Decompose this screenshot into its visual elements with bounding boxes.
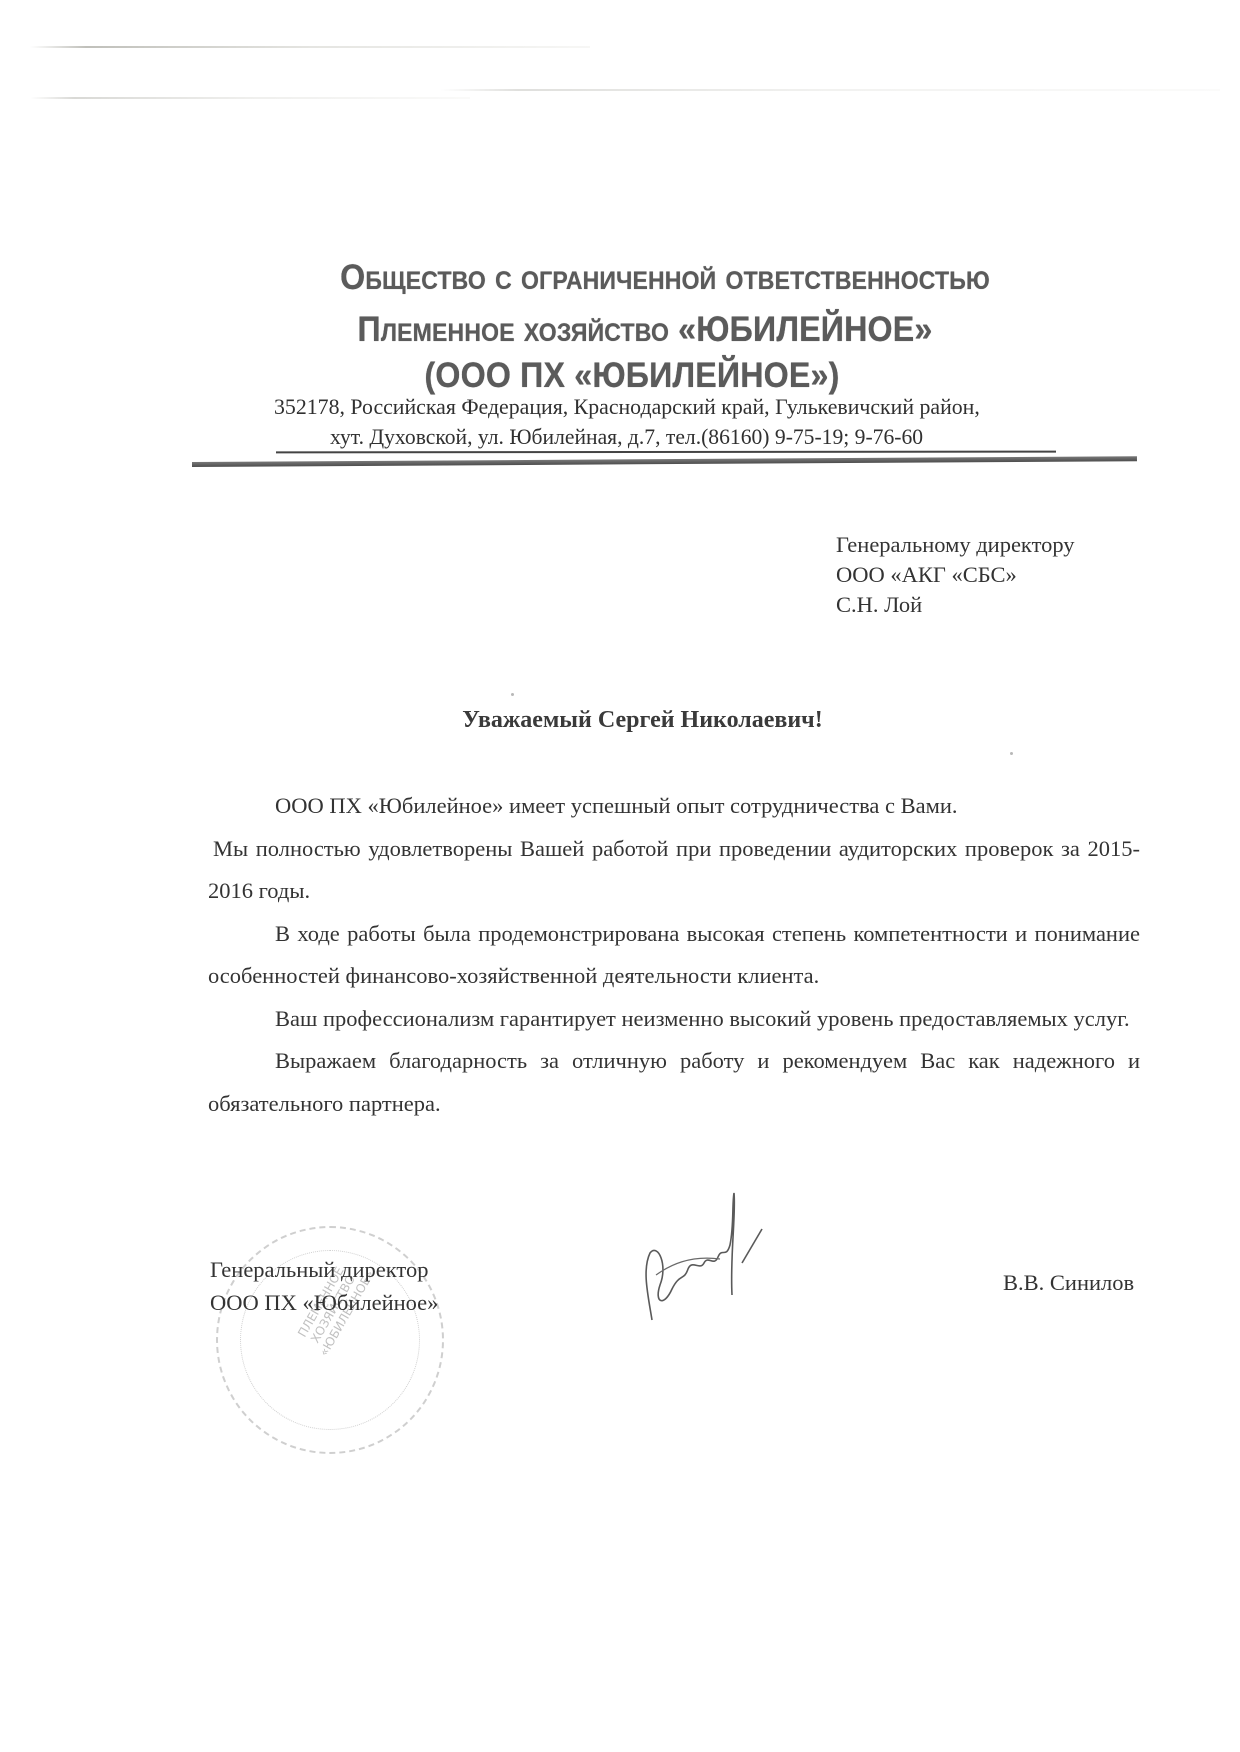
body-paragraph: В ходе работы была продемонстрирована вы… xyxy=(208,913,1140,998)
signatory-position: Генеральный директор xyxy=(210,1253,438,1286)
letterhead-address-line2: хут. Духовской, ул. Юбилейная, д.7, тел.… xyxy=(330,424,923,450)
salutation: Уважаемый Сергей Николаевич! xyxy=(0,707,1240,734)
scan-speck xyxy=(511,693,514,696)
signer-name: В.В. Синилов xyxy=(1003,1270,1134,1296)
letterhead-org-type: Общество с ограниченной ответственностью xyxy=(95,258,1236,298)
signatory-title: Генеральный директор ООО ПХ «Юбилейное» xyxy=(210,1253,438,1319)
letterhead-org-short-name: (ООО ПХ «ЮБИЛЕЙНОЕ») xyxy=(62,356,1203,396)
handwritten-signature xyxy=(630,1185,780,1335)
recipient-name: С.Н. Лой xyxy=(836,590,1075,620)
letter-body: ООО ПХ «Юбилейное» имеет успешный опыт с… xyxy=(208,785,1140,1125)
body-paragraph: Выражаем благодарность за отличную работ… xyxy=(208,1040,1140,1125)
letterhead-divider xyxy=(192,456,1137,467)
scan-speck xyxy=(1010,752,1013,755)
body-paragraph: Мы полностью удовлетворены Вашей работой… xyxy=(208,828,1140,913)
letterhead-address-line1: 352178, Российская Федерация, Краснодарс… xyxy=(274,394,980,420)
scan-artifact-line xyxy=(30,46,590,48)
recipient-position: Генеральному директору xyxy=(836,530,1075,560)
body-paragraph: Ваш профессионализм гарантирует неизменн… xyxy=(208,998,1140,1041)
recipient-block: Генеральному директору ООО «АКГ «СБС» С.… xyxy=(836,530,1075,620)
scan-artifact-line xyxy=(440,89,1220,91)
signatory-company: ООО ПХ «Юбилейное» xyxy=(210,1286,438,1319)
body-paragraph: ООО ПХ «Юбилейное» имеет успешный опыт с… xyxy=(208,785,1140,828)
recipient-company: ООО «АКГ «СБС» xyxy=(836,560,1075,590)
letterhead-org-name: Племенное хозяйство «ЮБИЛЕЙНОЕ» xyxy=(75,310,1216,350)
scan-artifact-line xyxy=(30,97,470,99)
address-underline xyxy=(276,451,1056,453)
